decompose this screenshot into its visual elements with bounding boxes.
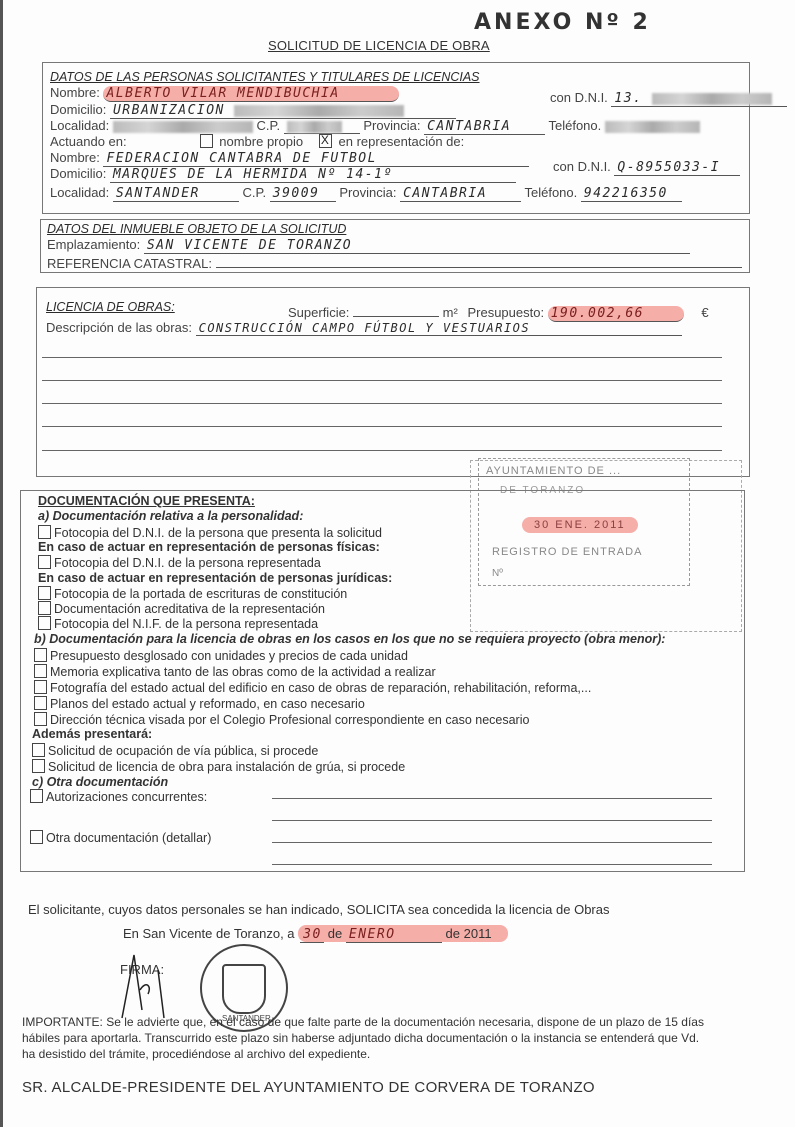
signature-icon xyxy=(112,950,182,1020)
doc-checkbox[interactable] xyxy=(38,601,51,615)
physical-persons-heading: En caso de actuar en representación de p… xyxy=(38,540,380,554)
doc-checkbox[interactable] xyxy=(34,648,47,662)
locality-label: Localidad: xyxy=(50,118,109,133)
doc-item-label: Fotocopia de la portada de escrituras de… xyxy=(54,587,347,601)
applicant-dni-field[interactable]: 13. xyxy=(611,91,787,107)
name-label: Nombre: xyxy=(50,85,100,100)
form-title: SOLICITUD DE LICENCIA DE OBRA xyxy=(268,38,490,53)
doc-item-label: Memoria explicativa tanto de las obras c… xyxy=(50,665,436,679)
acting-row: Actuando en: nombre propio en representa… xyxy=(50,134,464,149)
description-line xyxy=(42,403,722,404)
own-name-checkbox[interactable] xyxy=(200,134,213,148)
doc-item: Fotocopia de la portada de escrituras de… xyxy=(38,586,347,601)
represented-locality-field[interactable]: SANTANDER xyxy=(113,186,239,202)
date-highlight: 30 de ENERO de 2011 xyxy=(298,925,507,942)
area-label: Superficie: xyxy=(288,305,349,320)
stamp-line1: AYUNTAMIENTO DE ... xyxy=(486,465,621,477)
applicant-address-value: URBANIZACION xyxy=(113,103,225,118)
redacted-locality xyxy=(113,121,253,133)
doc-checkbox[interactable] xyxy=(38,616,51,630)
doc-item: Documentación acreditativa de la represe… xyxy=(38,601,325,616)
doc-checkbox[interactable] xyxy=(38,525,51,539)
doc-checkbox[interactable] xyxy=(34,696,47,710)
applicant-province-field[interactable]: CANTABRIA xyxy=(424,119,545,135)
represented-phone-label: Teléfono. xyxy=(524,185,577,200)
represented-address-row: Domicilio: MARQUES DE LA HERMIDA Nº 14-1… xyxy=(50,166,516,183)
de-label-2: de xyxy=(446,926,460,941)
doc-checkbox[interactable] xyxy=(34,664,47,678)
important-notice: IMPORTANTE: Se le advierte que, en el ca… xyxy=(22,1014,712,1062)
doc-item-label: Fotocopia del D.N.I. de la persona repre… xyxy=(54,556,321,570)
budget-label: Presupuesto: xyxy=(467,305,544,320)
doc-checkbox[interactable] xyxy=(30,830,43,844)
crest-icon xyxy=(222,964,266,1014)
request-statement: El solicitante, cuyos datos personales s… xyxy=(28,902,609,917)
doc-checkbox[interactable] xyxy=(34,680,47,694)
description-field[interactable]: CONSTRUCCIÓN CAMPO FÚTBOL Y VESTUARIOS xyxy=(196,321,682,336)
description-row: Descripción de las obras: CONSTRUCCIÓN C… xyxy=(46,320,682,336)
doc-item-label: Solicitud de ocupación de vía pública, s… xyxy=(48,744,318,758)
place-prefix: En San Vicente de Toranzo, a xyxy=(123,926,295,941)
represented-province-label: Provincia: xyxy=(339,185,396,200)
annex-number: ANEXO Nº 2 xyxy=(474,10,651,35)
doc-item-label: Fotocopia del D.N.I. de la persona que p… xyxy=(54,526,382,540)
doc-item-label: Fotografía del estado actual del edifici… xyxy=(50,681,591,695)
doc-item-label: Dirección técnica visada por el Colegio … xyxy=(50,713,529,727)
legal-persons-heading: En caso de actuar en representación de p… xyxy=(38,571,392,585)
doc-checkbox[interactable] xyxy=(30,789,43,803)
doc-checkbox[interactable] xyxy=(38,555,51,569)
represented-postcode-label: C.P. xyxy=(243,185,267,200)
doc-checkbox[interactable] xyxy=(34,712,47,726)
applicant-locality-row: Localidad: C.P. Provincia: CANTABRIA Tel… xyxy=(50,118,700,135)
other-docs-line[interactable] xyxy=(272,864,712,865)
doc-item-label: Documentación acreditativa de la represe… xyxy=(54,602,325,616)
cadastral-field[interactable] xyxy=(216,253,742,268)
redacted-dni xyxy=(652,93,772,105)
personality-heading: a) Documentación relativa a la personali… xyxy=(38,509,303,523)
represented-name-field[interactable]: FEDERACION CANTABRA DE FUTBOL xyxy=(103,151,529,167)
addressee: SR. ALCALDE-PRESIDENTE DEL AYUNTAMIENTO … xyxy=(22,1079,595,1096)
address-label: Domicilio: xyxy=(50,102,106,117)
doc-item-label: Fotocopia del N.I.F. de la persona repre… xyxy=(54,617,318,631)
represented-dni-row: con D.N.I. Q-8955033-I xyxy=(553,159,740,176)
other-docs-line[interactable] xyxy=(272,842,712,843)
represented-postcode-field[interactable]: 39009 xyxy=(270,186,336,202)
doc-item: Autorizaciones concurrentes: xyxy=(30,789,207,804)
doc-item: Dirección técnica visada por el Colegio … xyxy=(34,712,529,727)
postcode-label: C.P. xyxy=(257,118,281,133)
location-field[interactable]: SAN VICENTE DE TORANZO xyxy=(144,238,690,254)
represented-dni-label: con D.N.I. xyxy=(553,159,611,174)
own-name-label: nombre propio xyxy=(219,134,315,149)
works-budget-row: Superficie: m² Presupuesto: 190.002,66 € xyxy=(288,302,709,322)
representation-checkbox[interactable] xyxy=(319,134,332,148)
doc-checkbox[interactable] xyxy=(38,586,51,600)
doc-item-label: Autorizaciones concurrentes: xyxy=(46,790,207,804)
description-label: Descripción de las obras: xyxy=(46,320,192,335)
doc-item: Fotocopia del N.I.F. de la persona repre… xyxy=(38,616,318,631)
description-line xyxy=(42,357,722,358)
dni-label: con D.N.I. xyxy=(550,90,608,105)
location-label: Emplazamiento: xyxy=(47,237,140,252)
doc-item: Otra documentación (detallar) xyxy=(30,830,211,845)
doc-checkbox[interactable] xyxy=(32,743,45,757)
doc-item: Fotocopia del D.N.I. de la persona que p… xyxy=(38,525,382,540)
applicant-dni-value: 13. xyxy=(614,91,642,106)
represented-locality-row: Localidad: SANTANDER C.P. 39009 Provinci… xyxy=(50,185,682,202)
description-line xyxy=(42,380,722,381)
representation-label: en representación de: xyxy=(339,134,465,149)
doc-item: Fotografía del estado actual del edifici… xyxy=(34,680,591,695)
acting-label: Actuando en: xyxy=(50,134,196,149)
location-row: Emplazamiento: SAN VICENTE DE TORANZO xyxy=(47,237,690,254)
represented-address-field[interactable]: MARQUES DE LA HERMIDA Nº 14-1º xyxy=(110,167,516,183)
doc-item: Solicitud de licencia de obra para insta… xyxy=(32,759,405,774)
place-date-row: En San Vicente de Toranzo, a 30 de ENERO… xyxy=(123,926,508,943)
property-heading: DATOS DEL INMUEBLE OBJETO DE LA SOLICITU… xyxy=(47,222,346,236)
represented-locality-label: Localidad: xyxy=(50,185,109,200)
represented-phone-field[interactable]: 942216350 xyxy=(581,186,682,202)
cadastral-label: REFERENCIA CATASTRAL: xyxy=(47,256,212,271)
represented-address-label: Domicilio: xyxy=(50,166,106,181)
applicant-name-row: Nombre: ALBERTO VILAR MENDIBUCHIA xyxy=(50,85,399,102)
documentation-heading: DOCUMENTACIÓN QUE PRESENTA: xyxy=(38,494,255,508)
redacted-phone xyxy=(605,121,700,133)
represented-dni-field[interactable]: Q-8955033-I xyxy=(614,160,740,176)
description-line xyxy=(42,450,722,451)
phone-label: Teléfono. xyxy=(548,118,601,133)
applicants-heading: DATOS DE LAS PERSONAS SOLICITANTES Y TIT… xyxy=(50,70,480,84)
year-field[interactable]: 2011 xyxy=(464,926,492,941)
other-docs-line[interactable] xyxy=(272,798,712,799)
applicant-name-field[interactable]: ALBERTO VILAR MENDIBUCHIA xyxy=(103,86,399,102)
de-label: de xyxy=(328,926,342,941)
applicant-address-row: Domicilio: URBANIZACION xyxy=(50,102,456,119)
doc-item-label: Planos del estado actual y reformado, en… xyxy=(50,697,365,711)
province-label: Provincia: xyxy=(363,118,420,133)
applicant-postcode-field[interactable] xyxy=(284,118,360,134)
represented-name-label: Nombre: xyxy=(50,150,100,165)
doc-item: Memoria explicativa tanto de las obras c… xyxy=(34,664,436,679)
doc-item-label: Otra documentación (detallar) xyxy=(46,831,211,845)
applicant-dni-row: con D.N.I. 13. xyxy=(550,90,787,107)
area-field[interactable] xyxy=(353,302,439,317)
doc-item-label: Solicitud de licencia de obra para insta… xyxy=(48,760,405,774)
currency-symbol: € xyxy=(701,305,708,320)
additional-heading: Además presentará: xyxy=(32,727,152,741)
doc-item: Fotocopia del D.N.I. de la persona repre… xyxy=(38,555,321,570)
applicant-address-field[interactable]: URBANIZACION xyxy=(110,103,456,119)
redacted-postcode xyxy=(287,121,342,133)
month-field[interactable]: ENERO xyxy=(346,927,442,943)
scan-edge xyxy=(0,0,3,1127)
other-docs-heading: c) Otra documentación xyxy=(32,775,168,789)
doc-item-label: Presupuesto desglosado con unidades y pr… xyxy=(50,649,408,663)
other-docs-line[interactable] xyxy=(272,820,712,821)
minor-works-heading: b) Documentación para la licencia de obr… xyxy=(34,632,665,646)
works-heading: LICENCIA DE OBRAS: xyxy=(46,300,175,314)
redacted-address xyxy=(234,105,404,117)
description-line xyxy=(42,426,722,427)
represented-province-field[interactable]: CANTABRIA xyxy=(400,186,521,202)
area-unit: m² xyxy=(443,305,458,320)
doc-item: Solicitud de ocupación de vía pública, s… xyxy=(32,743,318,758)
represented-name-row: Nombre: FEDERACION CANTABRA DE FUTBOL xyxy=(50,150,529,167)
doc-item: Planos del estado actual y reformado, en… xyxy=(34,696,365,711)
cadastral-row: REFERENCIA CATASTRAL: xyxy=(47,253,742,271)
doc-item: Presupuesto desglosado con unidades y pr… xyxy=(34,648,408,663)
license-application-form: ANEXO Nº 2 SOLICITUD DE LICENCIA DE OBRA… xyxy=(0,0,795,1127)
day-field[interactable]: 30 xyxy=(300,927,324,943)
doc-checkbox[interactable] xyxy=(32,759,45,773)
